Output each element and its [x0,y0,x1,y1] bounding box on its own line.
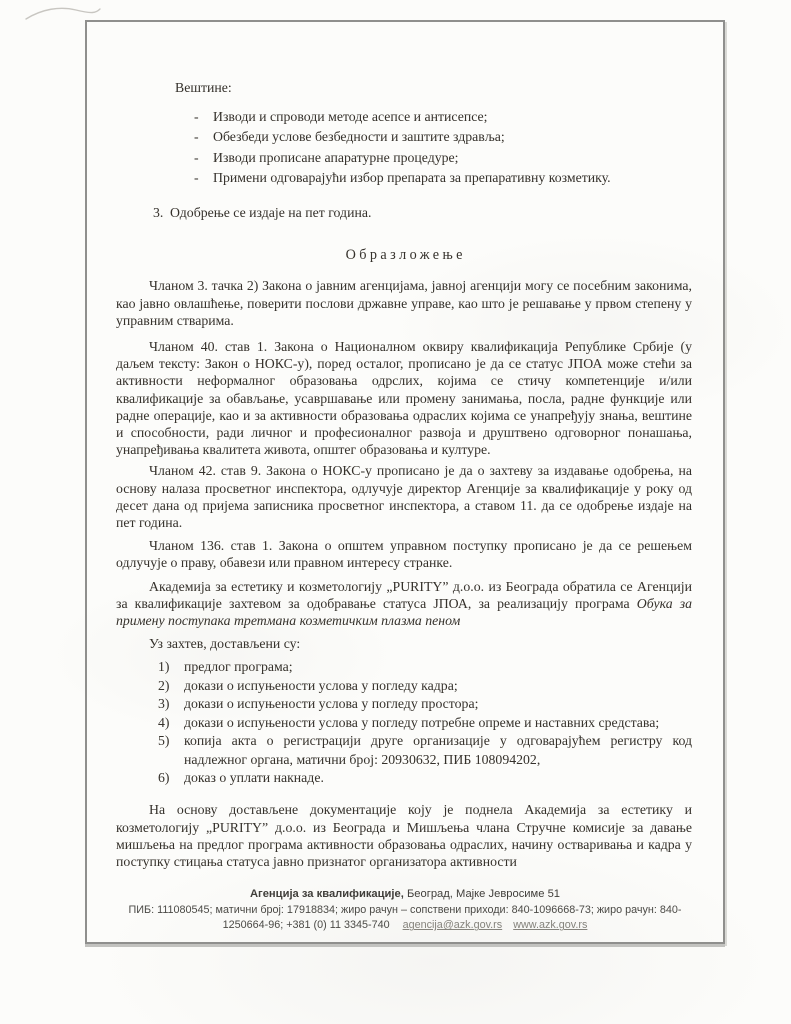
dash-bullet: - [194,169,213,186]
page-border-frame: Вештине: - Изводи и спроводи методе асеп… [85,20,725,944]
footer-org-address: Београд, Мајке Јевросиме 51 [404,888,560,900]
footer-org-name: Агенција за квалификације, [250,888,404,900]
skill-list-item: - Обезбеди услове безбедности и заштите … [194,128,692,145]
attachment-number: 1) [158,658,184,676]
footer-website-link: www.azk.gov.rs [513,919,587,931]
skill-list-item: - Изводи и спроводи методе асепсе и анти… [194,108,692,125]
skill-text: Изводи и спроводи методе асепсе и антисе… [213,108,487,125]
footer-org-line: Агенција за квалификације, Београд, Мајк… [87,887,723,903]
attachment-item: 5) копија акта о регистрацији друге орга… [158,732,692,769]
skill-text: Изводи прописане апаратурне процедуре; [213,149,459,166]
closing-paragraph: На основу достављене документације коју … [116,801,692,870]
attachment-number: 4) [158,714,184,732]
skills-heading: Вештине: [175,79,692,96]
attachment-item: 6) доказ о уплати накнаде. [158,769,692,787]
paragraph-request: Академија за естетику и козметологију „P… [116,578,692,630]
attachment-number: 5) [158,732,184,769]
section-heading-obrazlozenje: Образложење [116,247,692,264]
attachment-text: копија акта о регистрацији друге организ… [184,732,692,769]
paragraph-law-agencies: Чланом 3. тачка 2) Закона о јавним агенц… [116,277,692,329]
attachment-number: 3) [158,695,184,713]
attachments-list: 1) предлог програма; 2) докази о испуњен… [158,658,692,787]
letterhead-footer: Агенција за квалификације, Београд, Мајк… [87,887,723,934]
approval-duration-point: 3. Одобрење се издаје на пет година. [153,204,692,221]
attachment-number: 6) [158,769,184,787]
skill-text: Обезбеди услове безбедности и заштите зд… [213,128,505,145]
footer-email-link: agencija@azk.gov.rs [403,919,503,931]
attachment-item: 3) докази о испуњености услова у погледу… [158,695,692,713]
dash-bullet: - [194,128,213,145]
attachment-item: 4) докази о испуњености услова у погледу… [158,714,692,732]
paragraph-law-noks-art42: Чланом 42. став 9. Закона о НОКС-у пропи… [116,462,692,531]
paragraph-law-noks-art40: Чланом 40. став 1. Закона о Националном … [116,338,692,458]
attachment-text: доказ о уплати накнаде. [184,769,692,787]
skill-text: Примени одговарајући избор препарата за … [213,169,611,186]
attachment-number: 2) [158,677,184,695]
attachment-text: докази о испуњености услова у погледу по… [184,714,692,732]
attachment-text: докази о испуњености услова у погледу ка… [184,677,692,695]
dash-bullet: - [194,108,213,125]
point-number: 3. [153,204,170,221]
point-text: Одобрење се издаје на пет година. [170,204,371,221]
skills-list: - Изводи и спроводи методе асепсе и анти… [194,108,692,186]
skill-list-item: - Изводи прописане апаратурне процедуре; [194,149,692,166]
dash-bullet: - [194,149,213,166]
attachment-item: 2) докази о испуњености услова у погледу… [158,677,692,695]
footer-account-phone: 1250664-96; +381 (0) 11 3345-740 [223,919,390,931]
attachment-item: 1) предлог програма; [158,658,692,676]
attachments-heading: Уз захтев, достављени су: [116,635,692,652]
document-page: Вештине: - Изводи и спроводи методе асеп… [0,0,791,1024]
footer-ids-line: ПИБ: 111080545; матични број: 17918834; … [87,903,723,919]
document-content: Вештине: - Изводи и спроводи методе асеп… [87,22,723,870]
footer-contact-line: 1250664-96; +381 (0) 11 3345-740agencija… [87,918,723,934]
request-text: Академија за естетику и козметологију „P… [116,579,692,611]
skill-list-item: - Примени одговарајући избор препарата з… [194,169,692,186]
attachment-text: предлог програма; [184,658,692,676]
paragraph-law-admin-art136: Чланом 136. став 1. Закона о општем упра… [116,537,692,571]
attachment-text: докази о испуњености услова у погледу пр… [184,695,692,713]
